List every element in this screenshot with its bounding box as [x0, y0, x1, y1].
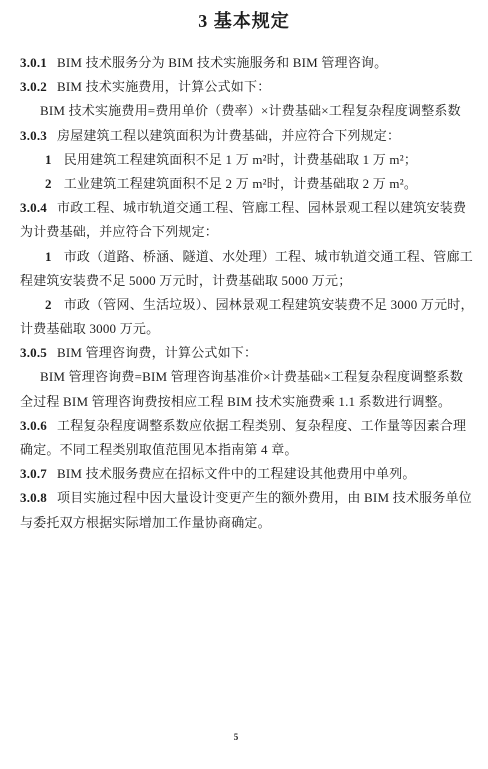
clause-3-0-3: 3.0.3房屋建筑工程以建筑面积为计费基础，并应符合下列规定：	[0, 124, 488, 148]
clause-3-0-7: 3.0.7BIM 技术服务费应在招标文件中的工程建设其他费用中单列。	[0, 462, 488, 486]
continuation-line: 与委托双方根据实际增加工作量协商确定。	[0, 511, 488, 535]
formula-line: BIM 技术实施费用=费用单价（费率）×计费基础×工程复杂程度调整系数	[0, 99, 488, 123]
clause-text: 全过程 BIM 管理咨询费按相应工程 BIM 技术实施费乘 1.1 系数进行调整…	[20, 394, 451, 409]
item-text: 工业建筑工程建筑面积不足 2 万 m²时，计费基础取 2 万 m²。	[64, 176, 417, 191]
clause-3-0-5: 3.0.5BIM 管理咨询费，计算公式如下：	[0, 341, 488, 365]
document-page: 3 基本规定 3.0.1BIM 技术服务分为 BIM 技术实施服务和 BIM 管…	[0, 0, 488, 769]
item-text: 市政（道路、桥涵、隧道、水处理）工程、城市轨道交通工程、管廊工	[64, 249, 473, 264]
clause-text: 工程复杂程度调整系数应依据工程类别、复杂程度、工作量等因素合理	[57, 418, 466, 433]
item-number: 2	[45, 297, 52, 312]
clause-text: 与委托双方根据实际增加工作量协商确定。	[20, 515, 271, 530]
continuation-line: 计费基础取 3000 万元。	[0, 317, 488, 341]
clause-3-0-2: 3.0.2BIM 技术实施费用，计算公式如下：	[0, 75, 488, 99]
continuation-line: 程建筑安装费不足 5000 万元时，计费基础取 5000 万元；	[0, 269, 488, 293]
item-text: 市政（管网、生活垃圾）、园林景观工程建筑安装费不足 3000 万元时，	[64, 297, 474, 312]
clause-text: 项目实施过程中因大量设计变更产生的额外费用，由 BIM 技术服务单位	[57, 490, 472, 505]
clause-number: 3.0.6	[20, 418, 47, 433]
clause-number: 3.0.4	[20, 200, 47, 215]
clause-text: 市政工程、城市轨道交通工程、管廊工程、园林景观工程以建筑安装费	[57, 200, 466, 215]
formula-line: BIM 管理咨询费=BIM 管理咨询基准价×计费基础×工程复杂程度调整系数	[0, 365, 488, 389]
clause-3-0-1: 3.0.1BIM 技术服务分为 BIM 技术实施服务和 BIM 管理咨询。	[0, 51, 488, 75]
continuation-line: 为计费基础，并应符合下列规定：	[0, 220, 488, 244]
clause-number: 3.0.5	[20, 345, 47, 360]
item-text: 计费基础取 3000 万元。	[20, 321, 159, 336]
clause-text: 房屋建筑工程以建筑面积为计费基础，并应符合下列规定：	[57, 128, 400, 143]
list-item-1: 1市政（道路、桥涵、隧道、水处理）工程、城市轨道交通工程、管廊工	[0, 245, 488, 269]
item-number: 1	[45, 152, 52, 167]
formula-text: BIM 技术实施费用=费用单价（费率）×计费基础×工程复杂程度调整系数	[40, 103, 461, 118]
clause-text: 确定。不同工程类别取值范围见本指南第 4 章。	[20, 442, 298, 457]
clause-text: BIM 技术服务分为 BIM 技术实施服务和 BIM 管理咨询。	[57, 55, 387, 70]
clause-3-0-6: 3.0.6工程复杂程度调整系数应依据工程类别、复杂程度、工作量等因素合理	[0, 414, 488, 438]
section-title: 3 基本规定	[0, 8, 488, 34]
clause-3-0-8: 3.0.8项目实施过程中因大量设计变更产生的额外费用，由 BIM 技术服务单位	[0, 486, 488, 510]
clause-number: 3.0.7	[20, 466, 47, 481]
clause-number: 3.0.1	[20, 55, 47, 70]
list-item-2: 2工业建筑工程建筑面积不足 2 万 m²时，计费基础取 2 万 m²。	[0, 172, 488, 196]
item-number: 2	[45, 176, 52, 191]
clause-text: BIM 管理咨询费，计算公式如下：	[57, 345, 257, 360]
clause-text: 为计费基础，并应符合下列规定：	[20, 224, 218, 239]
formula-text: BIM 管理咨询费=BIM 管理咨询基准价×计费基础×工程复杂程度调整系数	[40, 369, 463, 384]
continuation-line: 确定。不同工程类别取值范围见本指南第 4 章。	[0, 438, 488, 462]
list-item-1: 1民用建筑工程建筑面积不足 1 万 m²时，计费基础取 1 万 m²；	[0, 148, 488, 172]
clause-text: BIM 技术服务费应在招标文件中的工程建设其他费用中单列。	[57, 466, 416, 481]
clause-number: 3.0.2	[20, 79, 47, 94]
continuation-line: 全过程 BIM 管理咨询费按相应工程 BIM 技术实施费乘 1.1 系数进行调整…	[0, 390, 488, 414]
clause-text: BIM 技术实施费用，计算公式如下：	[57, 79, 270, 94]
clause-number: 3.0.3	[20, 128, 47, 143]
clause-3-0-4: 3.0.4市政工程、城市轨道交通工程、管廊工程、园林景观工程以建筑安装费	[0, 196, 488, 220]
item-text: 民用建筑工程建筑面积不足 1 万 m²时，计费基础取 1 万 m²；	[64, 152, 417, 167]
clause-number: 3.0.8	[20, 490, 47, 505]
item-text: 程建筑安装费不足 5000 万元时，计费基础取 5000 万元；	[20, 273, 351, 288]
document-body: 3.0.1BIM 技术服务分为 BIM 技术实施服务和 BIM 管理咨询。 3.…	[0, 51, 488, 535]
item-number: 1	[45, 249, 52, 264]
page-number: 5	[0, 730, 472, 744]
list-item-2: 2市政（管网、生活垃圾）、园林景观工程建筑安装费不足 3000 万元时，	[0, 293, 488, 317]
